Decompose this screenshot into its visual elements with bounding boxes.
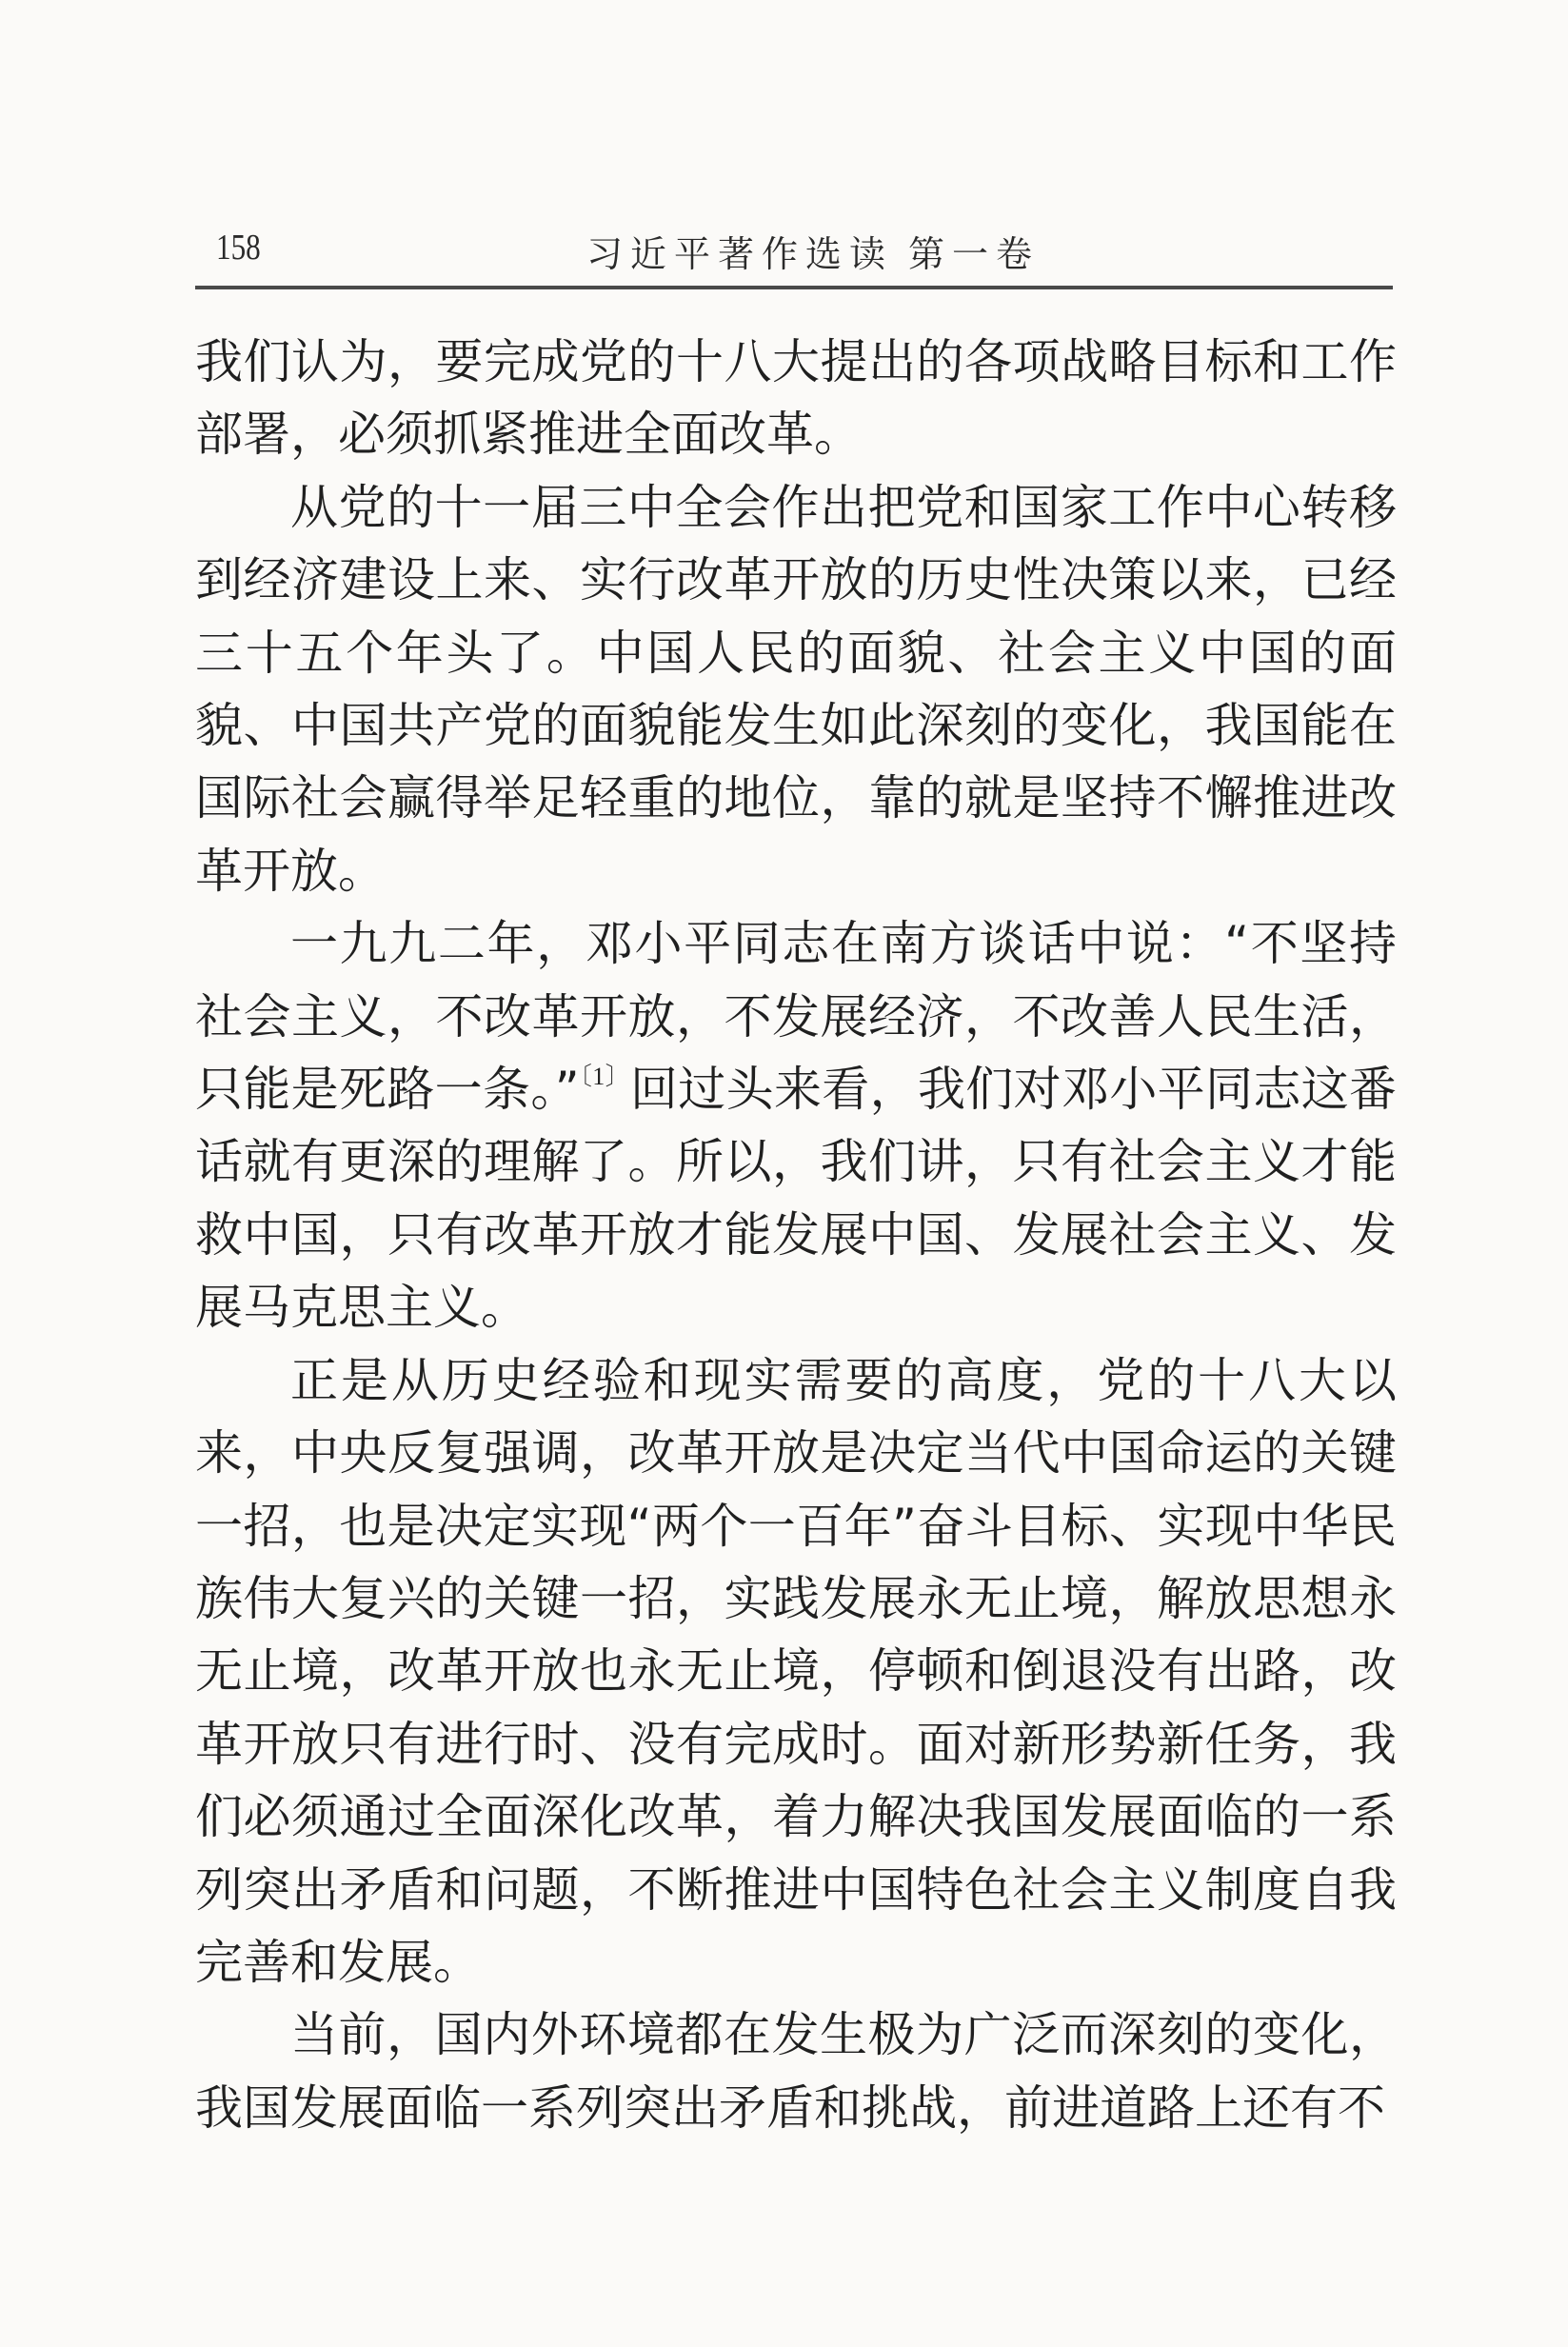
paragraph-4: 正是从历史经验和现实需要的高度，党的十八大以来，中央反复强调，改革开放是决定当代… [195, 1344, 1397, 1999]
volume-label: 第一卷 [908, 233, 1040, 275]
paragraph-5: 当前，国内外环境都在发生极为广泛而深刻的变化，我国发展面临一系列突出矛盾和挑战，… [195, 1999, 1397, 2144]
header-rule [195, 286, 1393, 289]
paragraph-1: 我们认为，要完成党的十八大提出的各项战略目标和工作部署，必须抓紧推进全面改革。 [195, 326, 1397, 471]
paragraph-2: 从党的十一届三中全会作出把党和国家工作中心转移到经济建设上来、实行改革开放的历史… [195, 471, 1397, 907]
body-text: 我们认为，要完成党的十八大提出的各项战略目标和工作部署，必须抓紧推进全面改革。 … [195, 326, 1397, 2144]
book-title: 习近平著作选读 [586, 233, 893, 275]
running-header: 158 习近平著作选读第一卷 [195, 221, 1393, 278]
running-title: 习近平著作选读第一卷 [195, 225, 1393, 277]
paragraph-3: 一九九二年，邓小平同志在南方谈话中说：“不坚持社会主义，不改革开放，不发展经济，… [195, 907, 1397, 1343]
footnote-marker[interactable]: 〔1〕 [580, 1063, 630, 1090]
